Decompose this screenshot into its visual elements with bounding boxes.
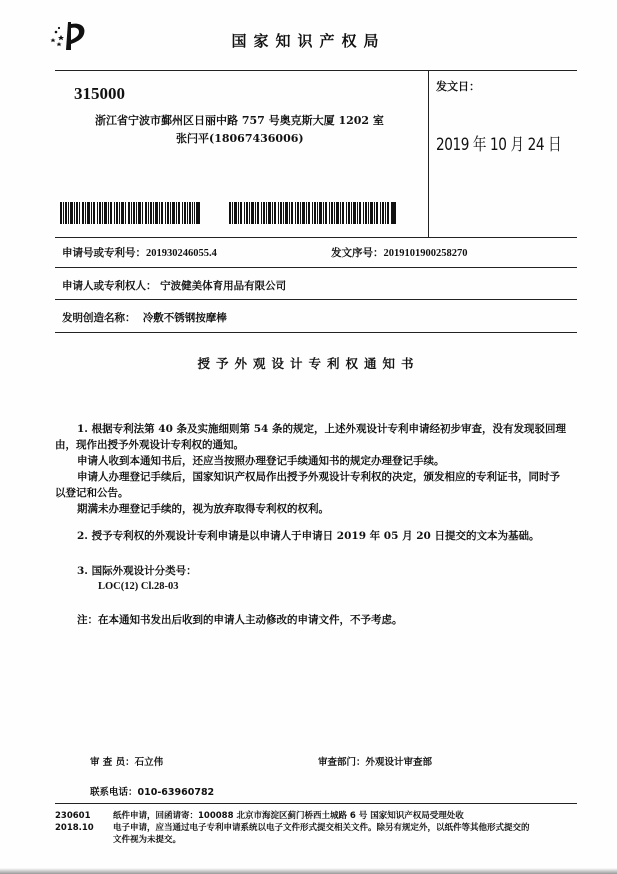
department-label: 审查部门： <box>318 757 366 768</box>
examiner-name: 石立伟 <box>135 757 164 768</box>
issue-date: 2019 年 10 月 24 日 <box>436 130 561 155</box>
application-number-row: 申请号或专利号：201930246055.4 <box>62 245 217 260</box>
applicant-row: 申请人或专利权人： 宁波健美体育用品有限公司 <box>62 278 286 293</box>
notice-title: 授予外观设计专利权通知书 <box>0 354 617 372</box>
application-number-label: 申请号或专利号： <box>62 247 146 259</box>
footer-line: 文件视为未提交。 <box>113 834 583 846</box>
form-date: 2018.10 <box>55 822 94 834</box>
notice-item-3-label: 3. 国际外观设计分类号： <box>77 563 589 579</box>
loc-classification: LOC(12) Cl.28-03 <box>98 579 610 595</box>
department-name: 外观设计审查部 <box>366 757 433 768</box>
application-number: 201930246055.4 <box>146 248 217 259</box>
serial-number-row: 发文序号：2019101900258270 <box>331 245 468 260</box>
item-1-paragraph: 期满未办理登记手续的，视为放弃取得专利权的权利。 <box>55 501 567 517</box>
footer-divider <box>55 803 577 804</box>
barcode-icon <box>60 202 200 224</box>
department-line: 审查部门：外观设计审查部 <box>318 754 432 768</box>
phone-line: 联系电话：010-63960782 <box>90 784 214 798</box>
design-name: 冷敷不锈钢按摩棒 <box>143 312 227 324</box>
item-1-paragraph: 申请人办理登记手续后，国家知识产权局作出授予外观设计专利权的决定，颁发相应的专利… <box>55 469 567 501</box>
footer-line: 纸件申请，回函请寄：100088 北京市海淀区蓟门桥西土城路 6 号 国家知识产… <box>113 810 583 822</box>
agency-title: 国家知识产权局 <box>0 30 617 51</box>
header-divider <box>55 70 577 71</box>
design-name-label: 发明创造名称： <box>62 312 136 324</box>
design-name-row: 发明创造名称： 冷敷不锈钢按摩棒 <box>62 310 227 325</box>
phone-label: 联系电话： <box>90 787 138 798</box>
examiner-label: 审 查 员： <box>90 757 135 768</box>
notice-note: 注：在本通知书发出后收到的申请人主动修改的申请文件，不予考虑。 <box>77 612 577 628</box>
serial-number-label: 发文序号： <box>331 247 384 259</box>
row-divider <box>55 299 577 300</box>
address-box-bottom-divider <box>55 237 577 238</box>
issue-date-label: 发文日： <box>436 78 480 94</box>
row-divider <box>55 267 577 268</box>
applicant-label: 申请人或专利权人： <box>62 280 157 292</box>
footer-instructions: 纸件申请，回函请寄：100088 北京市海淀区蓟门桥西土城路 6 号 国家知识产… <box>113 810 583 846</box>
applicant: 宁波健美体育用品有限公司 <box>160 280 286 292</box>
form-code: 230601 <box>55 810 91 822</box>
footer-line: 电子申请，应当通过电子专利申请系统以电子文件形式提交相关文件。除另有规定外，以纸… <box>113 822 583 834</box>
page-edge <box>0 868 617 874</box>
mailing-address: 浙江省宁波市鄞州区日丽中路 757 号奥克斯大厦 1202 室 <box>95 112 384 128</box>
item-1-paragraph: 1. 根据专利法第 40 条及实施细则第 54 条的规定，上述外观设计专利申请经… <box>55 421 567 453</box>
address-box-divider <box>428 70 429 238</box>
postcode: 315000 <box>74 84 125 104</box>
phone-number: 010-63960782 <box>138 787 215 798</box>
row-divider <box>55 332 577 333</box>
notice-item-2: 2. 授予专利权的外观设计专利申请是以申请人于申请日 2019 年 05 月 2… <box>77 528 577 544</box>
notice-document: 国家知识产权局 315000 浙江省宁波市鄞州区日丽中路 757 号奥克斯大厦 … <box>0 0 617 874</box>
recipient: 张闩平(18067436006) <box>176 130 304 146</box>
barcode-icon <box>229 202 396 224</box>
item-1-paragraph: 申请人收到本通知书后，还应当按照办理登记手续通知书的规定办理登记手续。 <box>55 453 567 469</box>
serial-number: 2019101900258270 <box>384 248 468 259</box>
examiner-line: 审 查 员：石立伟 <box>90 754 163 768</box>
notice-item-1: 1. 根据专利法第 40 条及实施细则第 54 条的规定，上述外观设计专利申请经… <box>55 421 567 517</box>
